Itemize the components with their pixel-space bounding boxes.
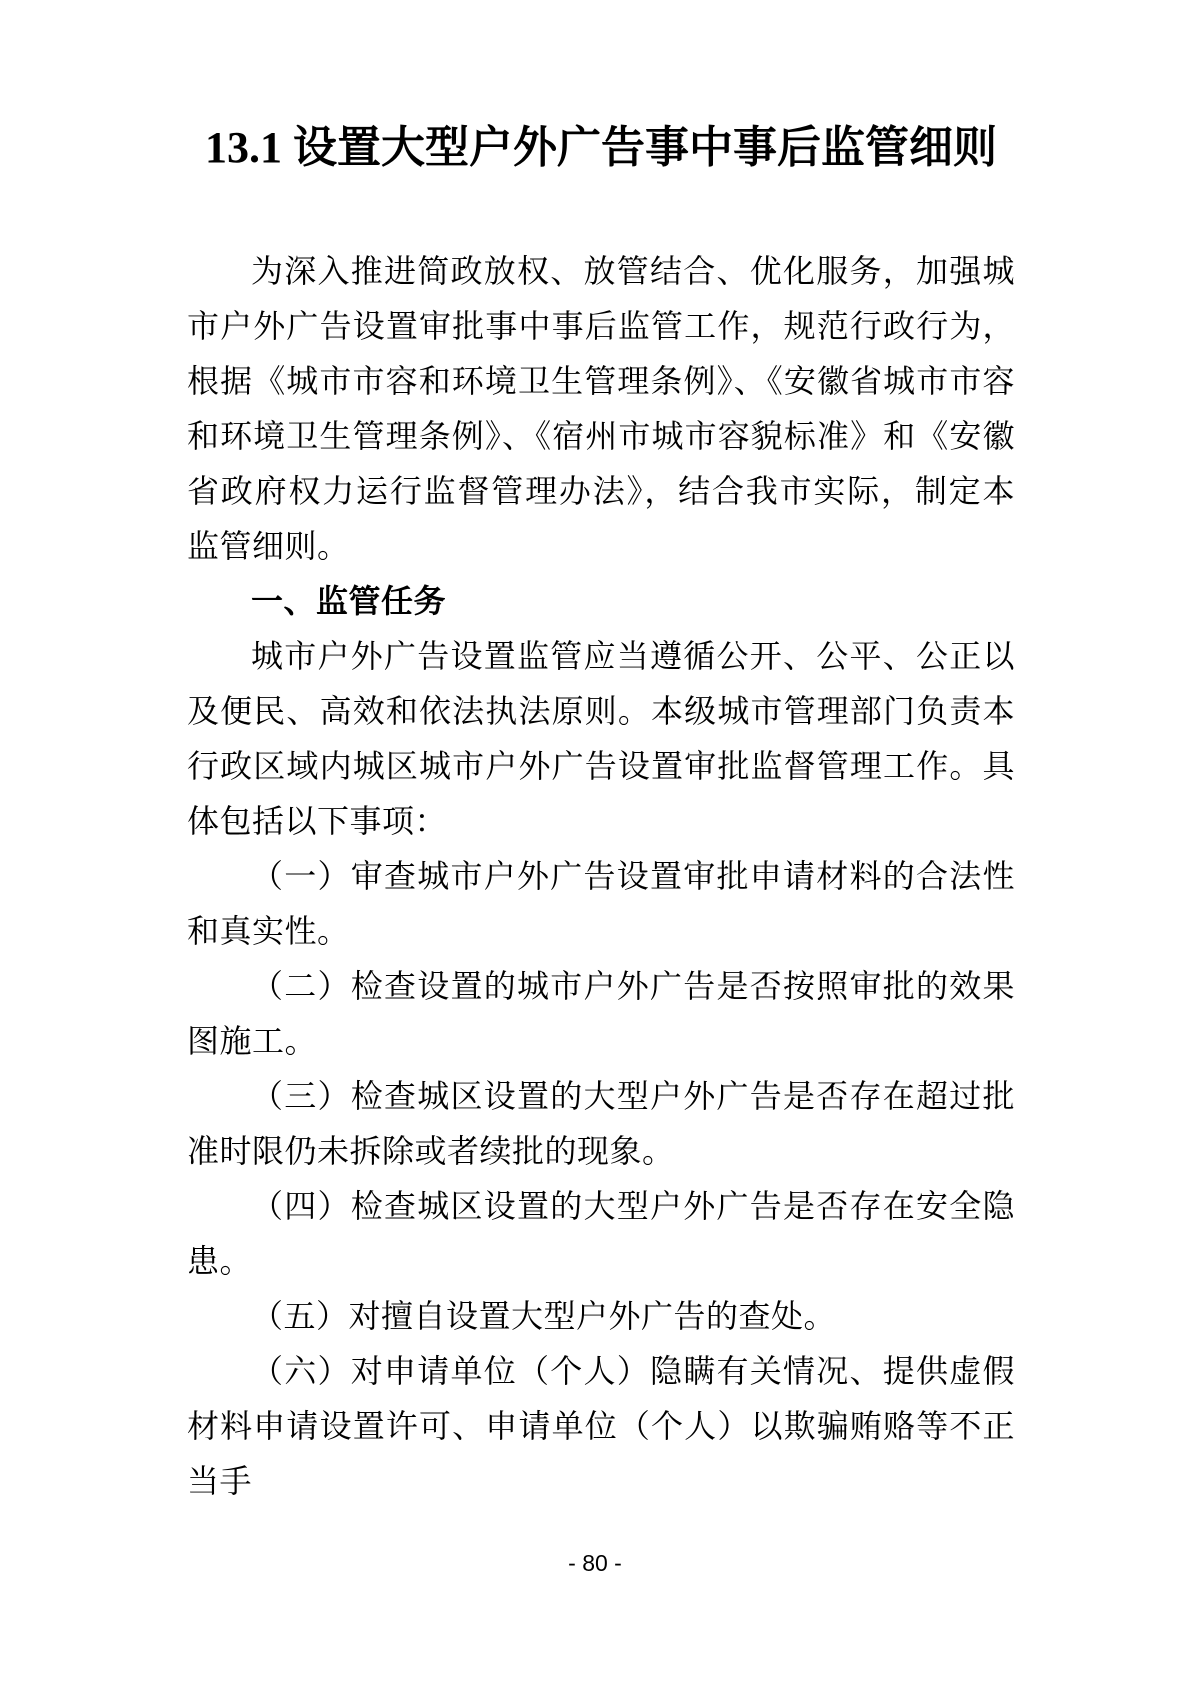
page-number: - 80 -: [0, 1548, 1190, 1578]
document-title: 13.1 设置大型户外广告事中事后监管细则: [187, 0, 1015, 184]
paragraph-item-4: （四）检查城区设置的大型户外广告是否存在安全隐患。: [187, 1179, 1015, 1289]
paragraph-item-3: （三）检查城区设置的大型户外广告是否存在超过批准时限仍未拆除或者续批的现象。: [187, 1069, 1015, 1179]
document-page: 13.1 设置大型户外广告事中事后监管细则 为深入推进简政放权、放管结合、优化服…: [0, 0, 1190, 1683]
paragraph-item-2: （二）检查设置的城市户外广告是否按照审批的效果图施工。: [187, 959, 1015, 1069]
section-heading-supervision-tasks: 一、监管任务: [187, 574, 1015, 629]
paragraph-item-5: （五）对擅自设置大型户外广告的查处。: [187, 1289, 1015, 1344]
title-spacer: [187, 184, 1015, 244]
paragraph-item-1: （一）审查城市户外广告设置审批申请材料的合法性和真实性。: [187, 849, 1015, 959]
paragraph-intro: 为深入推进简政放权、放管结合、优化服务，加强城市户外广告设置审批事中事后监管工作…: [187, 244, 1015, 574]
paragraph-section-lead: 城市户外广告设置监管应当遵循公开、公平、公正以及便民、高效和依法执法原则。本级城…: [187, 629, 1015, 849]
paragraph-item-6: （六）对申请单位（个人）隐瞒有关情况、提供虚假材料申请设置许可、申请单位（个人）…: [187, 1344, 1015, 1509]
document-content: 13.1 设置大型户外广告事中事后监管细则 为深入推进简政放权、放管结合、优化服…: [187, 0, 1015, 1509]
